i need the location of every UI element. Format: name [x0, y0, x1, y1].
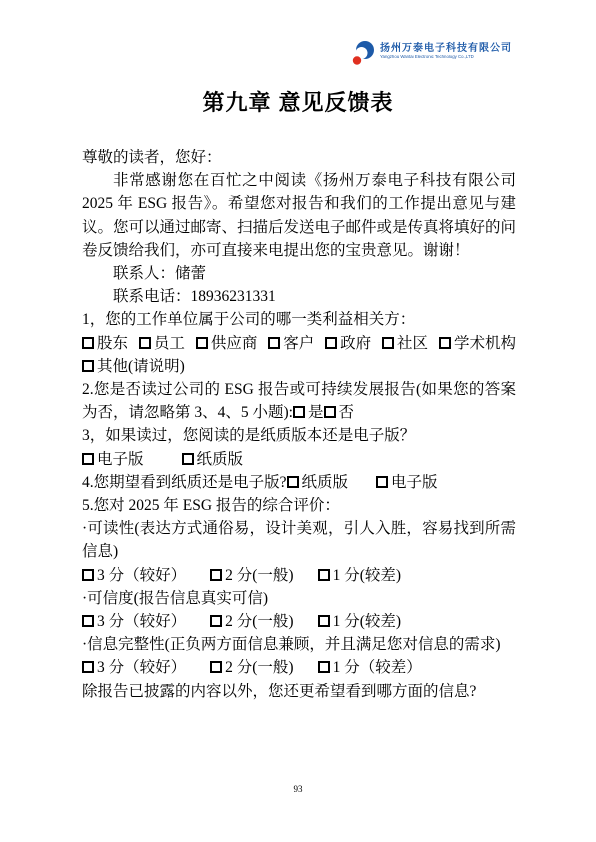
checkbox-icon	[82, 337, 94, 349]
checkbox-icon	[139, 337, 151, 349]
question-4-text: 4.您期望看到纸质还是电子版?	[82, 474, 287, 491]
checkbox-label: 纸质版	[197, 451, 244, 468]
aspect-completeness: ·信息完整性(正负两方面信息兼顾，并且满足您对信息的需求)	[82, 633, 516, 656]
checkbox-label: 1 分（较差）	[333, 659, 422, 676]
checkbox-option: 纸质版	[287, 474, 349, 491]
question-3-options: 电子版 纸质版	[82, 448, 516, 471]
checkbox-option: 3 分（较好）	[82, 564, 186, 587]
checkbox-icon	[210, 615, 222, 627]
page-number: 93	[0, 784, 596, 794]
checkbox-label: 纸质版	[302, 474, 349, 491]
checkbox-icon	[268, 337, 280, 349]
checkbox-option: 2 分(一般)	[210, 564, 293, 587]
page-title: 第九章 意见反馈表	[0, 86, 596, 117]
checkbox-label: 3 分（较好）	[97, 659, 186, 676]
checkbox-icon	[318, 615, 330, 627]
checkbox-label: 其他(请说明)	[97, 358, 185, 375]
aspect-readability: ·可读性(表达方式通俗易，设计美观，引人入胜，容易找到所需信息)	[82, 517, 516, 563]
checkbox-icon	[318, 569, 330, 581]
contact-person: 联系人：储蕾	[82, 262, 516, 285]
aspect-readability-ratings: 3 分（较好） 2 分(一般) 1 分(较差)	[82, 564, 516, 587]
checkbox-label: 2 分(一般)	[225, 613, 293, 630]
checkbox-option: 其他(请说明)	[82, 358, 185, 375]
aspect-credibility: ·可信度(报告信息真实可信)	[82, 587, 516, 610]
checkbox-option: 电子版	[82, 448, 144, 471]
closing-question: 除报告已披露的内容以外，您还更希望看到哪方面的信息?	[82, 680, 516, 703]
checkbox-label: 供应商	[211, 335, 258, 352]
checkbox-label: 2 分(一般)	[225, 567, 293, 584]
checkbox-icon	[210, 569, 222, 581]
checkbox-label: 社区	[397, 335, 428, 352]
checkbox-label: 电子版	[391, 474, 438, 491]
checkbox-option: 2 分(一般)	[210, 656, 293, 679]
checkbox-option: 股东	[82, 332, 128, 355]
checkbox-option: 客户	[268, 332, 314, 355]
checkbox-option: 1 分(较差)	[318, 610, 401, 633]
checkbox-option: 是	[293, 404, 324, 421]
document-page: 扬州万泰电子科技有限公司 Yangzhou Wantai Electronic …	[0, 0, 596, 842]
checkbox-option: 电子版	[376, 474, 438, 491]
checkbox-label: 股东	[97, 335, 128, 352]
checkbox-icon	[324, 406, 336, 418]
checkbox-label: 否	[339, 404, 355, 421]
checkbox-option: 2 分(一般)	[210, 610, 293, 633]
checkbox-option: 1 分(较差)	[318, 564, 401, 587]
checkbox-icon	[293, 406, 305, 418]
checkbox-icon	[82, 569, 94, 581]
checkbox-option: 1 分（较差）	[318, 656, 422, 679]
aspect-credibility-ratings: 3 分（较好） 2 分(一般) 1 分(较差)	[82, 610, 516, 633]
aspect-completeness-ratings: 3 分（较好） 2 分(一般) 1 分（较差）	[82, 656, 516, 679]
checkbox-option: 员工	[139, 332, 185, 355]
checkbox-label: 员工	[154, 335, 185, 352]
checkbox-option: 3 分（较好）	[82, 656, 186, 679]
checkbox-icon	[318, 661, 330, 673]
checkbox-icon	[439, 337, 451, 349]
checkbox-option: 3 分（较好）	[82, 610, 186, 633]
checkbox-option: 社区	[382, 332, 428, 355]
checkbox-icon	[82, 360, 94, 372]
checkbox-label: 2 分(一般)	[225, 659, 293, 676]
checkbox-label: 学术机构	[454, 335, 516, 352]
question-2: 2.您是否读过公司的 ESG 报告或可持续发展报告(如果您的答案为否，请忽略第 …	[82, 378, 516, 424]
company-logo: 扬州万泰电子科技有限公司 Yangzhou Wantai Electronic …	[351, 39, 512, 66]
checkbox-icon	[376, 476, 388, 488]
checkbox-label: 是	[308, 404, 324, 421]
checkbox-icon	[196, 337, 208, 349]
checkbox-icon	[182, 453, 194, 465]
salutation: 尊敬的读者，您好：	[82, 146, 516, 169]
checkbox-label: 1 分(较差)	[333, 567, 401, 584]
checkbox-label: 电子版	[97, 451, 144, 468]
question-1-options: 股东 员工 供应商 客户 政府 社区 学术机构	[82, 332, 516, 355]
intro-paragraph: 非常感谢您在百忙之中阅读《扬州万泰电子科技有限公司2025 年 ESG 报告》。…	[82, 169, 516, 262]
checkbox-option: 学术机构	[439, 332, 516, 355]
company-logo-icon	[351, 39, 375, 66]
question-1-other: 其他(请说明)	[82, 355, 516, 378]
question-1: 1，您的工作单位属于公司的哪一类利益相关方：	[82, 308, 516, 331]
checkbox-label: 1 分(较差)	[333, 613, 401, 630]
checkbox-icon	[82, 453, 94, 465]
checkbox-label: 客户	[283, 335, 314, 352]
checkbox-option: 供应商	[196, 332, 258, 355]
company-name-cn: 扬州万泰电子科技有限公司	[380, 44, 512, 55]
question-5: 5.您对 2025 年 ESG 报告的综合评价：	[82, 494, 516, 517]
checkbox-label: 政府	[340, 335, 371, 352]
form-body: 尊敬的读者，您好： 非常感谢您在百忙之中阅读《扬州万泰电子科技有限公司2025 …	[82, 146, 516, 703]
checkbox-icon	[210, 661, 222, 673]
question-4: 4.您期望看到纸质还是电子版?纸质版电子版	[82, 471, 516, 494]
checkbox-label: 3 分（较好）	[97, 613, 186, 630]
question-3: 3，如果读过，您阅读的是纸质版本还是电子版？	[82, 424, 516, 447]
checkbox-icon	[287, 476, 299, 488]
checkbox-icon	[82, 615, 94, 627]
contact-phone: 联系电话：18936231331	[82, 285, 516, 308]
checkbox-icon	[325, 337, 337, 349]
checkbox-icon	[82, 661, 94, 673]
checkbox-option: 否	[324, 404, 355, 421]
company-name-en: Yangzhou Wantai Electronic Technology Co…	[380, 55, 475, 60]
checkbox-icon	[382, 337, 394, 349]
checkbox-option: 纸质版	[182, 448, 244, 471]
checkbox-option: 政府	[325, 332, 371, 355]
checkbox-label: 3 分（较好）	[97, 567, 186, 584]
